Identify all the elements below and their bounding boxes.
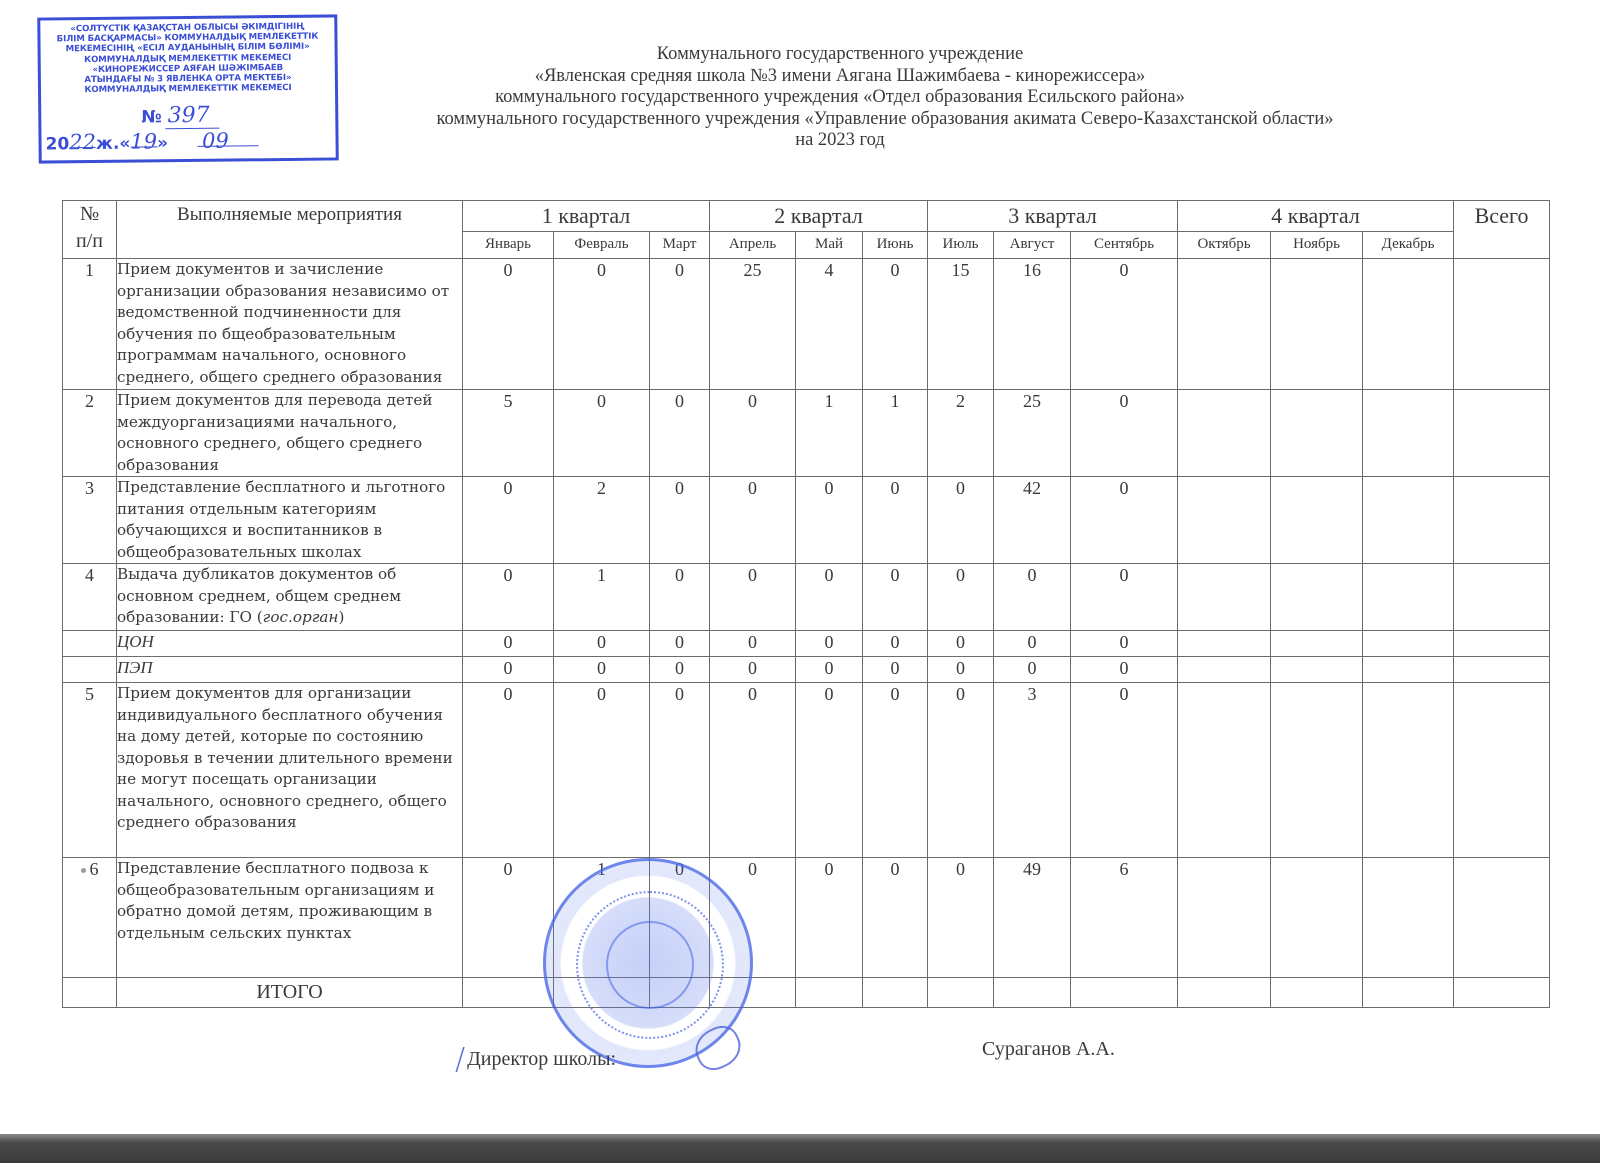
month-value-Май: 4	[796, 259, 863, 390]
month-value-Сентябрь: 0	[1071, 477, 1178, 564]
month-value-Декабрь	[1363, 477, 1454, 564]
month-value-Апрель: 25	[710, 259, 796, 390]
month-value-Июль: 0	[928, 683, 994, 858]
month-value-Январь: 0	[463, 631, 554, 657]
month-value-Апрель: 0	[710, 564, 796, 631]
month-value-Октябрь	[1178, 858, 1271, 978]
stamp-number-handwritten: 397	[166, 103, 220, 130]
column-header-month: Ноябрь	[1271, 232, 1363, 259]
pen-stroke: /	[455, 1042, 465, 1077]
month-value-Декабрь	[1363, 631, 1454, 657]
month-value-Август: 0	[994, 657, 1071, 683]
month-value-Август: 3	[994, 683, 1071, 858]
month-value-Апрель: 0	[710, 477, 796, 564]
month-value-Сентябрь: 0	[1071, 631, 1178, 657]
month-value-Август: 25	[994, 390, 1071, 477]
column-header-month: Декабрь	[1363, 232, 1454, 259]
row-total	[1454, 477, 1550, 564]
month-value-Октябрь	[1178, 390, 1271, 477]
month-value-Октябрь	[1178, 683, 1271, 858]
month-value-Август: 42	[994, 477, 1071, 564]
month-value-Декабрь	[1363, 858, 1454, 978]
month-value-Июнь: 0	[863, 858, 928, 978]
total-value	[1454, 978, 1550, 1008]
row-number: 5	[63, 683, 117, 858]
total-value	[1071, 978, 1178, 1008]
table-row: ПЭП000000000	[63, 657, 1550, 683]
month-value-Декабрь	[1363, 259, 1454, 390]
total-value	[463, 978, 554, 1008]
total-value	[1271, 978, 1363, 1008]
column-header-quarter-3: 3 квартал	[928, 201, 1178, 232]
column-header-month: Сентябрь	[1071, 232, 1178, 259]
month-value-Июль: 15	[928, 259, 994, 390]
month-value-Август: 16	[994, 259, 1071, 390]
month-value-Июль: 0	[928, 477, 994, 564]
total-value	[928, 978, 994, 1008]
signature	[689, 1020, 748, 1076]
column-header-month: Апрель	[710, 232, 796, 259]
total-row-number	[63, 978, 117, 1008]
month-value-Июль: 0	[928, 858, 994, 978]
month-value-Март: 0	[650, 390, 710, 477]
month-value-Июнь: 0	[863, 657, 928, 683]
month-value-Апрель: 0	[710, 390, 796, 477]
month-value-Июль: 0	[928, 564, 994, 631]
stamp-date-day: 19	[130, 136, 157, 147]
month-value-Апрель: 0	[710, 631, 796, 657]
month-value-Февраль: 1	[554, 858, 650, 978]
total-value	[650, 978, 710, 1008]
row-total	[1454, 631, 1550, 657]
column-header-month: Август	[994, 232, 1071, 259]
month-value-Май: 0	[796, 858, 863, 978]
row-total	[1454, 564, 1550, 631]
row-number: 6	[63, 858, 117, 978]
column-header-quarter-4: 4 квартал	[1178, 201, 1454, 232]
month-value-Март: 0	[650, 858, 710, 978]
heading-line: Коммунального государственного учреждени…	[240, 44, 1440, 66]
month-value-Ноябрь	[1271, 858, 1363, 978]
column-header-quarter-1: 1 квартал	[463, 201, 710, 232]
month-value-Октябрь	[1178, 564, 1271, 631]
heading-year: на 2023 год	[240, 130, 1440, 152]
month-value-Ноябрь	[1271, 259, 1363, 390]
month-value-Октябрь	[1178, 259, 1271, 390]
month-value-Март: 0	[650, 259, 710, 390]
table-row: 4Выдача дубликатов документов об основно…	[63, 564, 1550, 631]
table-row: ЦОН000000000	[63, 631, 1550, 657]
month-value-Сентябрь: 6	[1071, 858, 1178, 978]
month-value-Сентябрь: 0	[1071, 683, 1178, 858]
month-value-Январь: 0	[463, 259, 554, 390]
ink-dot	[81, 868, 86, 873]
activity-description: Выдача дубликатов документов об основном…	[117, 564, 463, 631]
column-header-activities: Выполняемые мероприятия	[117, 201, 463, 259]
month-value-Апрель: 0	[710, 858, 796, 978]
month-value-Февраль: 0	[554, 259, 650, 390]
month-value-Март: 0	[650, 477, 710, 564]
column-header-month: Май	[796, 232, 863, 259]
total-label: ИТОГО	[117, 978, 463, 1008]
month-value-Май: 0	[796, 657, 863, 683]
month-value-Июнь: 0	[863, 477, 928, 564]
activity-description: Прием документов для организации индивид…	[117, 683, 463, 858]
month-value-Август: 49	[994, 858, 1071, 978]
month-value-Июнь: 0	[863, 564, 928, 631]
row-number: 1	[63, 259, 117, 390]
month-value-Май: 0	[796, 631, 863, 657]
month-value-Ноябрь	[1271, 631, 1363, 657]
signer-name: Сураганов А.А.	[982, 1038, 1115, 1061]
month-value-Ноябрь	[1271, 564, 1363, 631]
scan-edge	[0, 1134, 1600, 1163]
total-value	[863, 978, 928, 1008]
services-plan-table: № п/п Выполняемые мероприятия 1 квартал …	[62, 200, 1550, 1008]
month-value-Сентябрь: 0	[1071, 259, 1178, 390]
total-value	[1178, 978, 1271, 1008]
month-value-Июнь: 1	[863, 390, 928, 477]
heading-line: коммунального государственного учреждени…	[240, 87, 1440, 109]
month-value-Октябрь	[1178, 657, 1271, 683]
activity-description: Представление бесплатного и льготного пи…	[117, 477, 463, 564]
month-value-Август: 0	[994, 631, 1071, 657]
month-value-Декабрь	[1363, 683, 1454, 858]
month-value-Февраль: 1	[554, 564, 650, 631]
activity-description: ЦОН	[117, 631, 463, 657]
month-value-Май: 0	[796, 477, 863, 564]
activity-description: Представление бесплатного подвоза к обще…	[117, 858, 463, 978]
month-value-Февраль: 0	[554, 631, 650, 657]
month-value-Июль: 0	[928, 657, 994, 683]
month-value-Июль: 0	[928, 631, 994, 657]
month-value-Январь: 0	[463, 477, 554, 564]
stamp-date-year: 22	[69, 137, 96, 148]
stamp-date: 2022ж.«19»09	[46, 135, 259, 149]
table-row: 1Прием документов и зачисление организац…	[63, 259, 1550, 390]
month-value-Ноябрь	[1271, 390, 1363, 477]
column-header-month: Октябрь	[1178, 232, 1271, 259]
month-value-Март: 0	[650, 631, 710, 657]
month-value-Июнь: 0	[863, 631, 928, 657]
activity-description: Прием документов и зачисление организаци…	[117, 259, 463, 390]
row-total	[1454, 259, 1550, 390]
month-value-Март: 0	[650, 657, 710, 683]
total-value	[994, 978, 1071, 1008]
table-row: 6Представление бесплатного подвоза к общ…	[63, 858, 1550, 978]
row-number: 4	[63, 564, 117, 631]
table-row: 3Представление бесплатного и льготного п…	[63, 477, 1550, 564]
director-label: /Директор школы:	[455, 1038, 616, 1073]
month-value-Декабрь	[1363, 657, 1454, 683]
row-number: 3	[63, 477, 117, 564]
month-value-Сентябрь: 0	[1071, 657, 1178, 683]
table-row: 2Прием документов для перевода детей меж…	[63, 390, 1550, 477]
month-value-Январь: 0	[463, 683, 554, 858]
month-value-Январь: 0	[463, 657, 554, 683]
column-header-quarter-2: 2 квартал	[710, 201, 928, 232]
month-value-Март: 0	[650, 683, 710, 858]
total-value	[554, 978, 650, 1008]
month-value-Декабрь	[1363, 564, 1454, 631]
month-value-Май: 1	[796, 390, 863, 477]
row-total	[1454, 683, 1550, 858]
month-value-Октябрь	[1178, 477, 1271, 564]
month-value-Апрель: 0	[710, 657, 796, 683]
row-number: 2	[63, 390, 117, 477]
row-total	[1454, 390, 1550, 477]
month-value-Октябрь	[1178, 631, 1271, 657]
total-value	[796, 978, 863, 1008]
column-header-month: Январь	[463, 232, 554, 259]
month-value-Май: 0	[796, 683, 863, 858]
month-value-Июнь: 0	[863, 259, 928, 390]
column-header-total: Всего	[1454, 201, 1550, 259]
total-value	[710, 978, 796, 1008]
row-total	[1454, 858, 1550, 978]
row-number	[63, 631, 117, 657]
column-header-month: Март	[650, 232, 710, 259]
month-value-Январь: 0	[463, 564, 554, 631]
month-value-Сентябрь: 0	[1071, 564, 1178, 631]
month-value-Январь: 5	[463, 390, 554, 477]
table-row: 5Прием документов для организации индиви…	[63, 683, 1550, 858]
month-value-Февраль: 0	[554, 390, 650, 477]
month-value-Февраль: 0	[554, 657, 650, 683]
row-number	[63, 657, 117, 683]
column-header-month: Июнь	[863, 232, 928, 259]
row-total	[1454, 657, 1550, 683]
column-header-number: № п/п	[63, 201, 117, 259]
month-value-Ноябрь	[1271, 477, 1363, 564]
month-value-Февраль: 0	[554, 683, 650, 858]
month-value-Июнь: 0	[863, 683, 928, 858]
month-value-Февраль: 2	[554, 477, 650, 564]
month-value-Август: 0	[994, 564, 1071, 631]
month-value-Ноябрь	[1271, 683, 1363, 858]
month-value-Июль: 2	[928, 390, 994, 477]
month-value-Ноябрь	[1271, 657, 1363, 683]
month-value-Январь: 0	[463, 858, 554, 978]
activity-description: ПЭП	[117, 657, 463, 683]
column-header-month: Февраль	[554, 232, 650, 259]
heading-line: «Явленская средняя школа №3 имени Аягана…	[240, 66, 1440, 88]
heading-line: коммунального государственного учреждени…	[285, 109, 1485, 131]
month-value-Май: 0	[796, 564, 863, 631]
column-header-month: Июль	[928, 232, 994, 259]
month-value-Апрель: 0	[710, 683, 796, 858]
stamp-number: №397	[141, 111, 220, 123]
activity-description: Прием документов для перевода детей межд…	[117, 390, 463, 477]
total-row: ИТОГО	[63, 978, 1550, 1008]
month-value-Сентябрь: 0	[1071, 390, 1178, 477]
month-value-Декабрь	[1363, 390, 1454, 477]
total-value	[1363, 978, 1454, 1008]
month-value-Март: 0	[650, 564, 710, 631]
document-heading: Коммунального государственного учреждени…	[240, 44, 1440, 152]
